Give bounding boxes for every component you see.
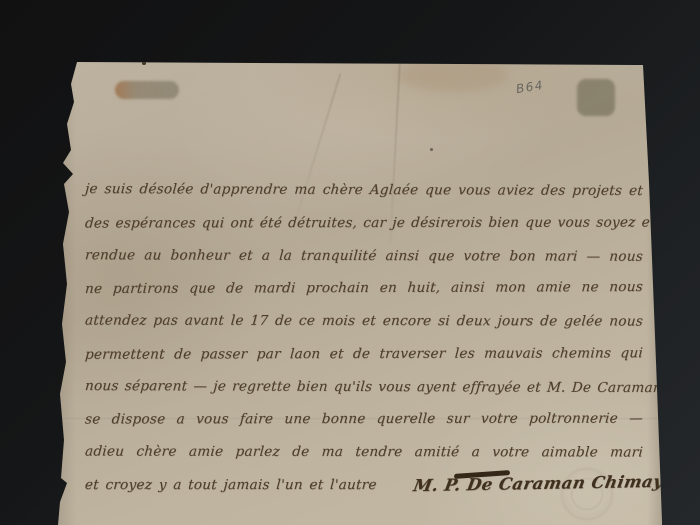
manuscript-line: nous séparent — je regrette bien qu'ils … [85, 378, 643, 396]
manuscript-line: je suis désolée d'apprendre ma chère Agl… [85, 181, 643, 199]
ink-speck [430, 148, 433, 151]
manuscript-line: ne partirons que de mardi prochain en hu… [85, 279, 643, 297]
closing-text: et croyez y a tout jamais l'un et l'autr… [84, 474, 377, 493]
manuscript-line: rendue au bonheur et a la tranquilité ai… [85, 247, 643, 264]
manuscript-line: attendez pas avant le 17 de ce mois et e… [85, 313, 643, 330]
adhesive-stain-left [115, 81, 179, 99]
manuscript-line: se dispose a vous faire une bonne querel… [85, 411, 643, 428]
paper-discoloration [398, 58, 508, 92]
letter-paper: B64 je suis désolée d'apprendre ma chère… [58, 62, 662, 525]
pencil-inventory-mark: B64 [515, 78, 545, 96]
signature: M. P. De Caraman Chimay [412, 472, 665, 495]
paper-speck [142, 62, 146, 65]
photograph-of-letter: B64 je suis désolée d'apprendre ma chère… [0, 0, 700, 525]
adhesive-stain-right [577, 79, 615, 116]
fold-crease-diagonal [293, 73, 341, 226]
manuscript-closing-line: et croyez y a tout jamais l'un et l'autr… [85, 474, 663, 493]
manuscript-line: des espérances qui ont été détruites, ca… [85, 215, 643, 232]
manuscript-line: adieu chère amie parlez de ma tendre ami… [85, 444, 643, 461]
manuscript-line: permettent de passer par laon et de trav… [85, 345, 643, 362]
